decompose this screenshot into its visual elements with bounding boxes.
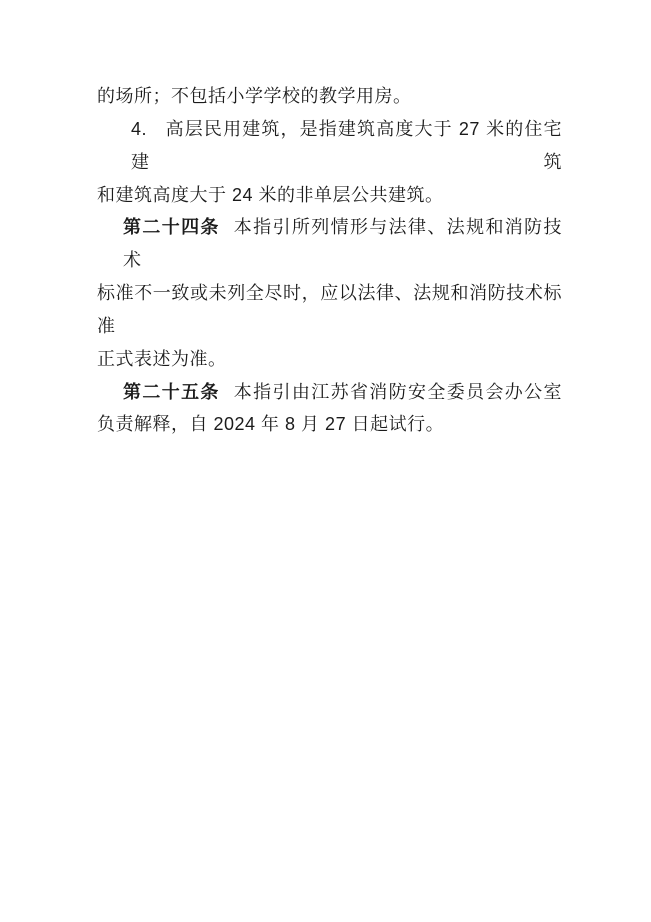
text-line: 的场所；不包括小学学校的教学用房。	[97, 80, 562, 113]
paragraph-article-24: 第二十四条本指引所列情形与法律、法规和消防技术 标准不一致或未列全尽时，应以法律…	[97, 211, 562, 375]
paragraph-continuation: 的场所；不包括小学学校的教学用房。	[97, 80, 562, 113]
body-text: 正式表述为准。	[97, 349, 227, 369]
body-text: 本指引由江苏省消防安全委员会办公室	[234, 382, 562, 402]
article-number: 第二十五条	[123, 382, 220, 402]
text-line: 和建筑高度大于 24 米的非单层公共建筑。	[97, 179, 562, 212]
text-line: 标准不一致或未列全尽时，应以法律、法规和消防技术标准	[97, 277, 562, 343]
body-text: 负责解释，自 2024 年 8 月 27 日起试行。	[97, 414, 444, 434]
body-text: 标准不一致或未列全尽时，应以法律、法规和消防技术标准	[97, 283, 562, 336]
list-marker: 4.	[131, 119, 147, 139]
text-line: 正式表述为准。	[97, 343, 562, 376]
paragraph-item-4: 4.高层民用建筑，是指建筑高度大于 27 米的住宅建筑 和建筑高度大于 24 米…	[97, 113, 562, 212]
body-text: 和建筑高度大于 24 米的非单层公共建筑。	[97, 185, 444, 205]
text-line: 4.高层民用建筑，是指建筑高度大于 27 米的住宅建筑	[97, 113, 562, 179]
body-text: 的场所；不包括小学学校的教学用房。	[97, 86, 412, 106]
text-block: 的场所；不包括小学学校的教学用房。 4.高层民用建筑，是指建筑高度大于 27 米…	[97, 80, 562, 441]
article-number: 第二十四条	[123, 217, 220, 237]
paragraph-article-25: 第二十五条本指引由江苏省消防安全委员会办公室 负责解释，自 2024 年 8 月…	[97, 376, 562, 442]
document-page: 的场所；不包括小学学校的教学用房。 4.高层民用建筑，是指建筑高度大于 27 米…	[0, 0, 651, 922]
text-line: 第二十五条本指引由江苏省消防安全委员会办公室	[97, 376, 562, 409]
text-line: 第二十四条本指引所列情形与法律、法规和消防技术	[97, 211, 562, 277]
text-line: 负责解释，自 2024 年 8 月 27 日起试行。	[97, 408, 562, 441]
body-text: 高层民用建筑，是指建筑高度大于 27 米的住宅建筑	[131, 119, 562, 172]
